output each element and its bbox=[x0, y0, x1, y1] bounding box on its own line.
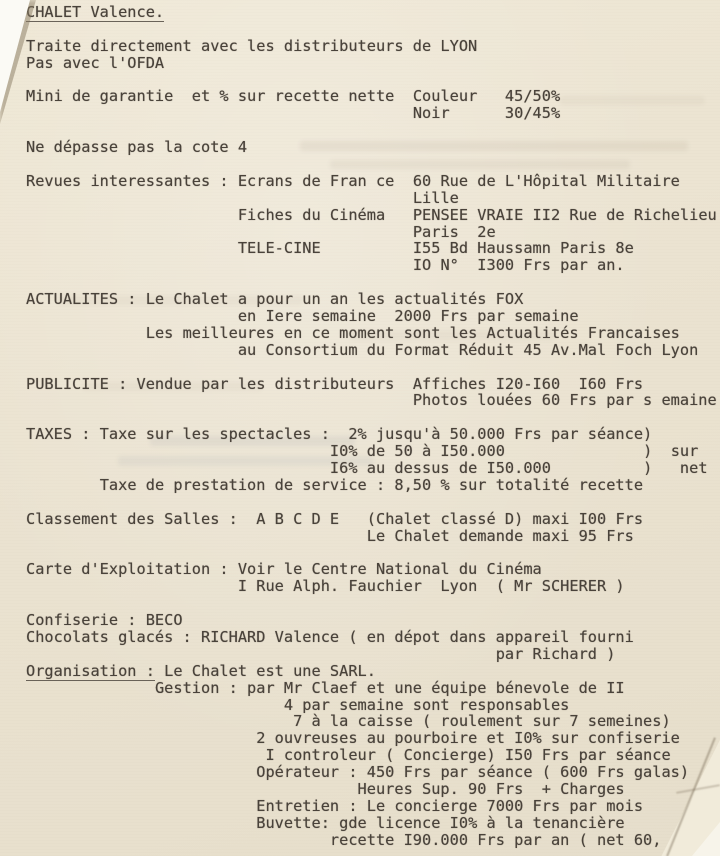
document-line: en Iere semaine 2000 Frs par semaine bbox=[26, 308, 720, 325]
text-segment: 60 Rue de L'Hôpital Militaire bbox=[413, 172, 680, 190]
document-line bbox=[26, 274, 720, 291]
document-line: Classement des Salles : A B C D E (Chale… bbox=[26, 511, 720, 528]
text-segment: Pas avec l'OFDA bbox=[26, 54, 164, 72]
text-segment: 7 à la caisse ( roulement sur 7 semeines… bbox=[293, 712, 671, 730]
text-segment: Taxe de prestation de service : 8,50 % s… bbox=[100, 476, 643, 494]
document-line: Noir 30/45% bbox=[26, 105, 720, 122]
text-segment: Ne dépasse pas la cote 4 bbox=[26, 138, 247, 156]
document-line: CHALET Valence. bbox=[26, 4, 720, 21]
document-line: I Rue Alph. Fauchier Lyon ( Mr SCHERER ) bbox=[26, 578, 720, 595]
text-segment: I60 Frs bbox=[579, 375, 643, 393]
document-line: 4 par semaine sont responsables bbox=[26, 697, 720, 714]
document-line: Paris 2e bbox=[26, 224, 720, 241]
text-segment: Buvette: gde licence I0% à la tenancière bbox=[256, 814, 624, 832]
text-segment: I Rue Alph. Fauchier Lyon ( Mr SCHERER ) bbox=[238, 577, 625, 595]
document-line: Lille bbox=[26, 190, 720, 207]
document-line: Revues interessantes : Ecrans de Fran ce… bbox=[26, 173, 720, 190]
document-line bbox=[26, 359, 720, 376]
text-segment: Le Chalet est une SARL. bbox=[155, 662, 376, 680]
document-line: Ne dépasse pas la cote 4 bbox=[26, 139, 720, 156]
text-segment: Classement des Salles : bbox=[26, 510, 238, 528]
document-line: 2 ouvreuses au pourboire et I0% sur conf… bbox=[26, 730, 720, 747]
text-segment: ) bbox=[643, 459, 652, 477]
text-segment: recette I90.000 Frs par an ( net 60, bbox=[330, 831, 662, 849]
text-segment: Mini de garantie et % sur recette nette bbox=[26, 87, 394, 105]
text-segment: Affiches I20-I60 bbox=[413, 375, 560, 393]
text-segment: 4 par semaine sont responsables bbox=[284, 696, 570, 714]
text-segment: IO N° I300 Frs par an. bbox=[413, 256, 625, 274]
document-line bbox=[26, 156, 720, 173]
document-line: Le Chalet demande maxi 95 Frs bbox=[26, 528, 720, 545]
text-segment: Lille bbox=[413, 189, 459, 207]
text-segment: Confiserie : BECO bbox=[26, 611, 183, 629]
document-line: Mini de garantie et % sur recette nette … bbox=[26, 88, 720, 105]
document-line: Heures Sup. 90 Frs + Charges bbox=[26, 781, 720, 798]
scanned-document-page: CHALET Valence.Traite directement avec l… bbox=[0, 0, 720, 856]
text-segment: ACTUALITES : Le Chalet a pour un an les … bbox=[26, 290, 523, 308]
text-segment: en Iere semaine 2000 Frs par semaine bbox=[238, 307, 579, 325]
text-segment: 2% jusqu'à 50.000 Frs par séance) bbox=[348, 425, 652, 443]
text-segment: Carte d'Exploitation : Voir le Centre Na… bbox=[26, 560, 542, 578]
document-line bbox=[26, 494, 720, 511]
text-segment: sur bbox=[671, 442, 699, 460]
document-line: Carte d'Exploitation : Voir le Centre Na… bbox=[26, 561, 720, 578]
text-segment: net bbox=[680, 459, 708, 477]
text-segment: I55 Bd Haussamn Paris 8e bbox=[413, 239, 634, 257]
document-line: Opérateur : 450 Frs par séance ( 600 Frs… bbox=[26, 764, 720, 781]
document-line: 7 à la caisse ( roulement sur 7 semeines… bbox=[26, 713, 720, 730]
typewritten-text: CHALET Valence.Traite directement avec l… bbox=[26, 4, 720, 849]
document-line: Organisation : Le Chalet est une SARL. bbox=[26, 663, 720, 680]
document-line bbox=[26, 21, 720, 38]
document-line bbox=[26, 72, 720, 89]
document-line: I controleur ( Concierge) I50 Frs par sé… bbox=[26, 747, 720, 764]
text-segment: au Consortium du Format Réduit 45 Av.Mal… bbox=[238, 341, 698, 359]
text-segment: Les meilleures en ce moment sont les Act… bbox=[146, 324, 680, 342]
text-segment: I6% au dessus de I50.000 bbox=[330, 459, 551, 477]
document-line: Les meilleures en ce moment sont les Act… bbox=[26, 325, 720, 342]
document-line: Entretien : Le concierge 7000 Frs par mo… bbox=[26, 798, 720, 815]
document-line: recette I90.000 Frs par an ( net 60, bbox=[26, 832, 720, 849]
text-segment: Photos louées 60 Frs par s emaine bbox=[413, 391, 717, 409]
document-line: Confiserie : BECO bbox=[26, 612, 720, 629]
text-segment: 30/45% bbox=[505, 104, 560, 122]
text-segment: PENSEE VRAIE II2 Rue de Richelieu bbox=[413, 206, 717, 224]
text-segment: ) bbox=[643, 442, 652, 460]
text-segment: Traite directement avec les distributeur… bbox=[26, 37, 477, 55]
text-segment: Le Chalet demande maxi 95 Frs bbox=[367, 527, 634, 545]
text-segment: TELE-CINE bbox=[238, 239, 321, 257]
underlined-text: Organisation : bbox=[26, 662, 155, 681]
document-line: Pas avec l'OFDA bbox=[26, 55, 720, 72]
text-segment: Revues interessantes : Ecrans de Fran ce bbox=[26, 172, 394, 190]
document-line: Buvette: gde licence I0% à la tenancière bbox=[26, 815, 720, 832]
text-segment: Noir bbox=[413, 104, 450, 122]
document-line: TAXES : Taxe sur les spectacles : 2% jus… bbox=[26, 426, 720, 443]
document-line: Taxe de prestation de service : 8,50 % s… bbox=[26, 477, 720, 494]
document-line: I0% de 50 à I50.000 ) sur bbox=[26, 443, 720, 460]
document-line: Traite directement avec les distributeur… bbox=[26, 38, 720, 55]
text-segment: (Chalet classé D) maxi I00 Frs bbox=[367, 510, 643, 528]
document-line: Photos louées 60 Frs par s emaine bbox=[26, 392, 720, 409]
document-line bbox=[26, 545, 720, 562]
text-segment: Paris 2e bbox=[413, 223, 496, 241]
document-line bbox=[26, 595, 720, 612]
text-segment: I controleur ( Concierge) I50 Frs par sé… bbox=[265, 746, 670, 764]
text-segment: Fiches du Cinéma bbox=[238, 206, 385, 224]
text-segment: Gestion : par Mr Claef et une équipe bén… bbox=[155, 679, 625, 697]
document-line: I6% au dessus de I50.000 ) net bbox=[26, 460, 720, 477]
text-segment: Heures Sup. 90 Frs + Charges bbox=[358, 780, 625, 798]
text-segment: PUBLICITE : Vendue par les distributeurs bbox=[26, 375, 394, 393]
text-segment: par Richard ) bbox=[496, 645, 616, 663]
text-segment: Chocolats glacés : RICHARD Valence ( en … bbox=[26, 628, 634, 646]
document-line: Fiches du Cinéma PENSEE VRAIE II2 Rue de… bbox=[26, 207, 720, 224]
document-line: Gestion : par Mr Claef et une équipe bén… bbox=[26, 680, 720, 697]
text-segment: 2 ouvreuses au pourboire et I0% sur conf… bbox=[256, 729, 680, 747]
document-line bbox=[26, 122, 720, 139]
text-segment: I0% de 50 à I50.000 bbox=[330, 442, 505, 460]
underlined-text: CHALET Valence. bbox=[26, 3, 164, 22]
text-segment: Opérateur : 450 Frs par séance ( 600 Frs… bbox=[256, 763, 689, 781]
document-line: ACTUALITES : Le Chalet a pour un an les … bbox=[26, 291, 720, 308]
text-segment: 45/50% bbox=[505, 87, 560, 105]
document-line: PUBLICITE : Vendue par les distributeurs… bbox=[26, 376, 720, 393]
document-line bbox=[26, 409, 720, 426]
document-line: au Consortium du Format Réduit 45 Av.Mal… bbox=[26, 342, 720, 359]
text-segment: TAXES : Taxe sur les spectacles : bbox=[26, 425, 330, 443]
document-line: TELE-CINE I55 Bd Haussamn Paris 8e bbox=[26, 240, 720, 257]
text-segment: A B C D E bbox=[256, 510, 339, 528]
text-segment: Entretien : Le concierge 7000 Frs par mo… bbox=[256, 797, 643, 815]
document-line: par Richard ) bbox=[26, 646, 720, 663]
document-line: Chocolats glacés : RICHARD Valence ( en … bbox=[26, 629, 720, 646]
text-segment: Couleur bbox=[413, 87, 477, 105]
document-line: IO N° I300 Frs par an. bbox=[26, 257, 720, 274]
